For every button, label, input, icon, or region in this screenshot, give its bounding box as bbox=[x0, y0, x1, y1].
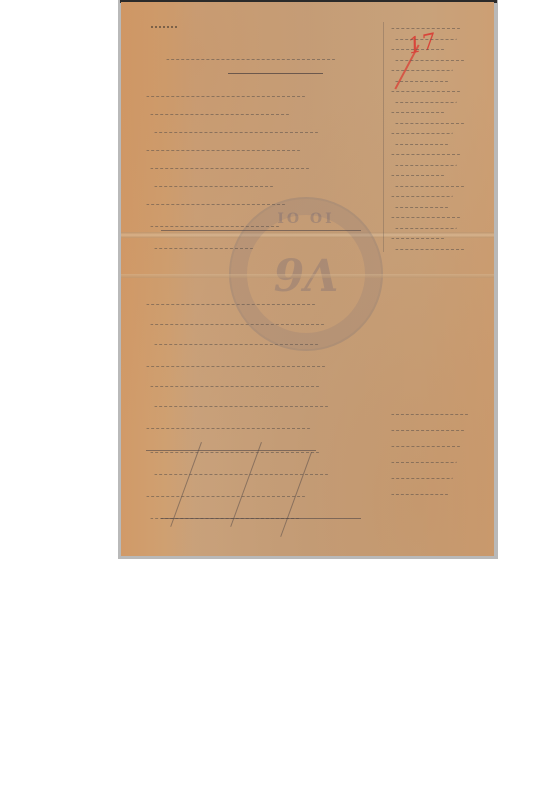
handwriting-line bbox=[391, 131, 453, 134]
handwriting-line bbox=[166, 57, 336, 60]
handwriting-line bbox=[391, 492, 449, 495]
handwriting-line bbox=[146, 426, 311, 429]
title-underline bbox=[228, 73, 323, 74]
handwriting-line bbox=[150, 166, 310, 169]
handwriting-line bbox=[154, 246, 254, 249]
handwriting-line bbox=[395, 205, 449, 208]
strikethrough-line bbox=[161, 518, 361, 519]
handwriting-line bbox=[150, 322, 325, 325]
handwriting-line bbox=[391, 460, 457, 463]
handwriting-line bbox=[395, 226, 457, 229]
handwriting-line bbox=[391, 89, 461, 92]
handwriting-line bbox=[395, 163, 457, 166]
archive-stamp: ΙΟ ΟΙ 9Λ bbox=[229, 197, 383, 351]
handwriting-line bbox=[395, 37, 457, 40]
handwriting-line bbox=[154, 404, 329, 407]
handwriting-line bbox=[391, 110, 445, 113]
handwriting-line bbox=[391, 68, 453, 71]
handwriting-line bbox=[146, 302, 316, 305]
handwriting-line bbox=[391, 236, 445, 239]
handwriting-line bbox=[150, 112, 290, 115]
handwriting-line bbox=[391, 152, 461, 155]
handwriting-line bbox=[395, 58, 465, 61]
handwriting-line bbox=[391, 428, 465, 431]
handwriting-line bbox=[395, 184, 465, 187]
handwriting-line bbox=[154, 342, 319, 345]
document-page: ΙΟ ΟΙ 9Λ 17 bbox=[121, 2, 494, 556]
handwriting-line bbox=[150, 384, 320, 387]
stamp-center-mark: 9Λ bbox=[231, 251, 381, 302]
handwriting-line bbox=[391, 194, 453, 197]
handwriting-line bbox=[391, 412, 469, 415]
handwriting-line bbox=[391, 173, 445, 176]
handwriting-line bbox=[150, 224, 280, 227]
handwriting-line bbox=[391, 444, 461, 447]
handwriting-line bbox=[391, 26, 461, 29]
red-page-number: 17 bbox=[406, 29, 439, 59]
diagonal-strike bbox=[170, 442, 202, 527]
strikethrough-line bbox=[146, 450, 316, 451]
handwriting-line bbox=[154, 130, 319, 133]
strikethrough-line bbox=[161, 230, 361, 231]
handwriting-line bbox=[391, 215, 461, 218]
handwriting-line bbox=[391, 47, 445, 50]
handwriting-line bbox=[154, 184, 274, 187]
handwriting-line bbox=[395, 142, 449, 145]
handwriting-line bbox=[395, 247, 465, 250]
handwriting-line bbox=[146, 94, 306, 97]
handwriting-line bbox=[395, 121, 465, 124]
handwriting-line bbox=[391, 476, 453, 479]
handwriting-line bbox=[146, 148, 301, 151]
diagonal-strike bbox=[230, 442, 262, 527]
handwriting-line bbox=[146, 494, 306, 497]
margin-rule bbox=[383, 22, 384, 252]
handwriting-line bbox=[146, 202, 286, 205]
handwriting-line bbox=[395, 100, 457, 103]
handwriting-line bbox=[395, 79, 449, 82]
handwriting-line bbox=[146, 364, 326, 367]
ink-smudge bbox=[151, 18, 177, 28]
